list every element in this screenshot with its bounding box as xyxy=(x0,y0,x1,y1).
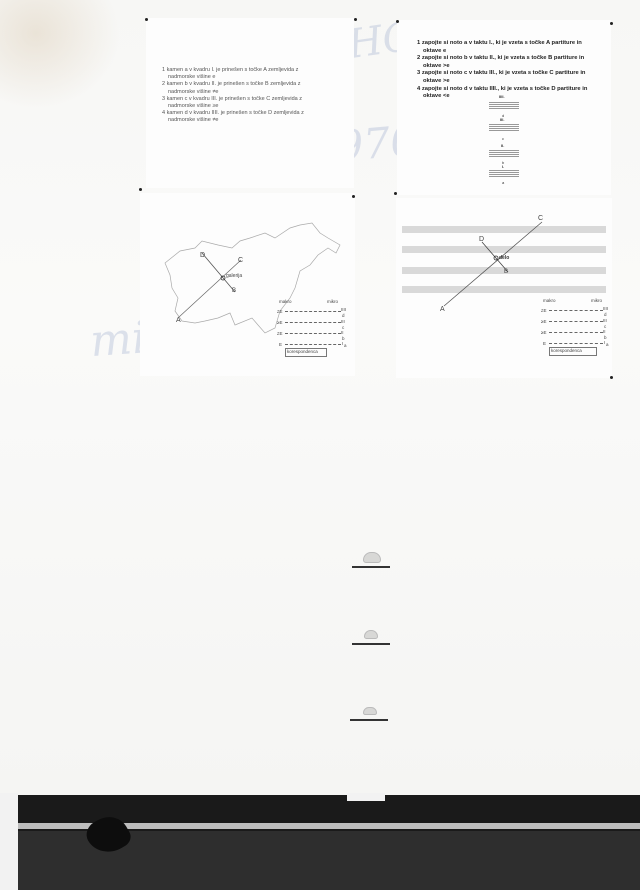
mini-staff xyxy=(489,150,519,158)
note-label: c xyxy=(502,136,504,141)
makro-value: E xyxy=(543,341,546,346)
stone-instruction-2-sub: nadmorske višine ≠e xyxy=(162,89,304,96)
pin xyxy=(394,192,397,195)
note-instruction-1-sub: oktave e xyxy=(417,48,587,56)
score-point-b: B xyxy=(504,269,508,275)
stone-instruction-3-sub: nadmorske višine ≥e xyxy=(162,103,304,110)
panel-stone-instructions: 1 kamen a v kvadru I. je prinešen s točk… xyxy=(146,18,354,188)
correspondence-caption: korespondenca xyxy=(551,348,582,353)
correspondence-diagram: makro mikro ≠E ≥E ≠E E IIII d III c II b… xyxy=(277,299,347,357)
panel-map: A B C D galerija makro mikro ≠E ≥E ≠E E … xyxy=(140,193,355,376)
pin xyxy=(145,18,148,21)
makro-value: E xyxy=(279,342,282,347)
note-instruction-1: 1 zapojte si noto a v taktu I., ki je vz… xyxy=(417,40,587,48)
stone-instruction-1-sub: nadmorske višine e xyxy=(162,74,304,81)
mikro-value: IIII xyxy=(603,306,608,311)
stone[interactable] xyxy=(364,630,378,639)
mikro-value: a xyxy=(344,343,347,348)
makro-value: ≠E xyxy=(277,331,282,336)
stone-instruction-4: 4 kamen d v kvadru IIII. je prinešen s t… xyxy=(162,110,304,117)
pin xyxy=(610,22,613,25)
pin xyxy=(396,20,399,23)
dashed-link xyxy=(285,311,341,312)
score-point-a: A xyxy=(440,306,445,313)
dashed-link xyxy=(549,321,603,322)
stone-instruction-3: 3 kamen c v kvadru III. je prinešen s to… xyxy=(162,96,304,103)
dashed-link xyxy=(285,344,341,345)
note-instruction-2: 2 zapojte si noto b v taktu II., ki je v… xyxy=(417,55,587,63)
map-point-b: B xyxy=(232,288,236,294)
stone-instruction-1: 1 kamen a v kvadru I. je prinešen s točk… xyxy=(162,67,304,74)
dashed-link xyxy=(549,332,603,333)
stone-instructions-text: 1 kamen a v kvadru I. je prinešen s točk… xyxy=(162,67,304,125)
floor-stand xyxy=(347,793,385,801)
bar-label: III. xyxy=(500,117,504,122)
score-center-label: delo xyxy=(499,255,509,261)
makro-value: ≠E xyxy=(277,309,282,314)
makro-header: makro xyxy=(279,299,292,304)
panel-note-instructions: 1 zapojte si noto a v taktu I., ki je vz… xyxy=(397,20,611,195)
makro-value: ≥E xyxy=(541,319,546,324)
mikro-header: mikro xyxy=(327,299,338,304)
mikro-value: III xyxy=(341,319,345,324)
map-center-label: galerija xyxy=(226,273,242,279)
pin xyxy=(352,195,355,198)
mikro-value: d xyxy=(342,313,345,318)
dashed-link xyxy=(285,322,341,323)
makro-header: makro xyxy=(543,298,556,303)
correspondence-diagram: makro mikro ≠E ≥E ≥E E IIII d III c II b… xyxy=(539,298,609,356)
shelf-ledge xyxy=(352,643,390,645)
mikro-value: a xyxy=(606,342,609,347)
bar-label: II. xyxy=(501,143,504,148)
mikro-value: III xyxy=(603,318,607,323)
pin xyxy=(139,188,142,191)
panel-score: A B C D delo makro mikro ≠E ≥E ≥E E IIII… xyxy=(396,198,612,378)
shelf-ledge xyxy=(352,566,390,568)
mikro-value: II xyxy=(603,329,606,334)
map-point-c: C xyxy=(238,257,243,264)
stone[interactable] xyxy=(363,552,381,563)
note-instructions-text: 1 zapojte si noto a v taktu I., ki je vz… xyxy=(417,40,587,101)
shelf-ledge xyxy=(350,719,388,721)
pin xyxy=(354,18,357,21)
correspondence-caption: korespondenca xyxy=(287,349,318,354)
map-point-d: D xyxy=(200,252,205,259)
mini-staff xyxy=(489,102,519,110)
dashed-link xyxy=(285,333,341,334)
gallery-wall: OHO 1970 milenko 1 kamen a v kvadru I. j… xyxy=(0,0,640,795)
note-label: a xyxy=(502,180,504,185)
dashed-link xyxy=(549,343,603,344)
stone-instruction-4-sub: nadmorske višine ≠e xyxy=(162,117,304,124)
mikro-value: IIII xyxy=(341,307,346,312)
note-instruction-2-sub: oktave >e xyxy=(417,63,587,71)
note-instruction-3: 3 zapojte si noto c v taktu III., ki je … xyxy=(417,70,587,78)
score-point-c: C xyxy=(538,215,543,222)
floor xyxy=(0,795,640,890)
note-instruction-4: 4 zapojte si noto d v taktu IIII., ki je… xyxy=(417,86,587,94)
map-point-a: A xyxy=(176,317,181,324)
score-point-d: D xyxy=(479,236,484,243)
mikro-header: mikro xyxy=(591,298,602,303)
bar-label: I. xyxy=(502,164,504,169)
mikro-value: d xyxy=(604,312,607,317)
mini-staff xyxy=(489,170,519,178)
bar-label: IIII. xyxy=(499,94,505,99)
notation-column: IIII. d III. c II. b I. a xyxy=(489,98,519,188)
photo-edge xyxy=(0,793,18,890)
stone-instruction-2: 2 kamen b v kvadru II. je prinešen s toč… xyxy=(162,81,304,88)
makro-value: ≠E xyxy=(541,308,546,313)
makro-value: ≥E xyxy=(541,330,546,335)
stone[interactable] xyxy=(363,707,377,715)
dashed-link xyxy=(549,310,603,311)
note-instruction-3-sub: oktave >e xyxy=(417,78,587,86)
mikro-value: II xyxy=(341,330,344,335)
pin xyxy=(610,376,613,379)
mini-staff xyxy=(489,124,519,132)
makro-value: ≥E xyxy=(277,320,282,325)
